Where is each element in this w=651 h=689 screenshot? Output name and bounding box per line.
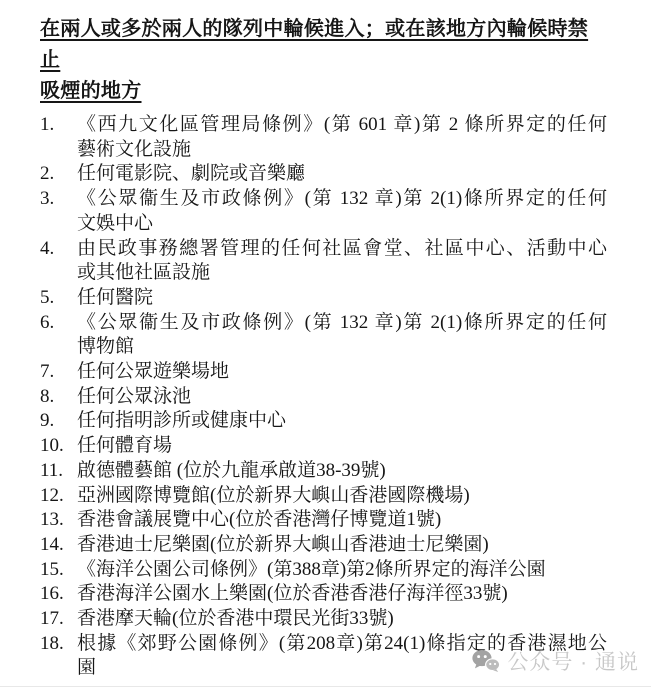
list-item-text: 任何公眾遊樂場地 — [77, 360, 607, 385]
list-item-text: 《海洋公園公司條例》(第388章)第2條所界定的海洋公園 — [77, 558, 607, 583]
place-list: 1.《西九文化區管理局條例》(第 601 章)第 2 條所界定的任何藝術文化設施… — [40, 113, 607, 681]
list-item: 13.香港會議展覽中心(位於香港灣仔博覽道1號) — [40, 508, 607, 533]
document-page: 在兩人或多於兩人的隊列中輪候進入；或在該地方內輪候時禁止 吸煙的地方 1.《西九… — [0, 0, 651, 689]
list-item-line: 香港摩天輪(位於香港中環民光街33號) — [77, 607, 607, 632]
list-item-number: 7. — [40, 360, 54, 385]
list-item: 17.香港摩天輪(位於香港中環民光街33號) — [40, 607, 607, 632]
list-item-number: 17. — [40, 607, 64, 632]
list-item-text: 啟德體藝館 (位於九龍承啟道38-39號) — [77, 459, 607, 484]
list-item: 6.《公眾衞生及市政條例》(第 132 章)第 2(1)條所界定的任何博物館 — [40, 311, 607, 360]
heading-line-2: 吸煙的地方 — [40, 80, 142, 102]
list-item-line: 博物館 — [77, 335, 607, 360]
list-item: 3.《公眾衞生及市政條例》(第 132 章)第 2(1)條所界定的任何文娛中心 — [40, 187, 607, 236]
list-item-line: 或其他社區設施 — [77, 261, 607, 286]
list-item-text: 任何醫院 — [77, 286, 607, 311]
list-item: 5.任何醫院 — [40, 286, 607, 311]
list-item-text: 香港海洋公園水上樂園(位於香港香港仔海洋徑33號) — [77, 582, 607, 607]
list-item-line: 任何電影院、劇院或音樂廳 — [77, 162, 607, 187]
list-item-text: 由民政事務總署管理的任何社區會堂、社區中心、活動中心或其他社區設施 — [77, 237, 607, 286]
list-item: 8.任何公眾泳池 — [40, 385, 607, 410]
list-item: 11.啟德體藝館 (位於九龍承啟道38-39號) — [40, 459, 607, 484]
list-item-number: 10. — [40, 434, 64, 459]
list-item-line: 《公眾衞生及市政條例》(第 132 章)第 2(1)條所界定的任何 — [77, 187, 607, 212]
list-item-line: 文娛中心 — [77, 212, 607, 237]
list-item-text: 任何指明診所或健康中心 — [77, 409, 607, 434]
list-item-line: 香港迪士尼樂園(位於新界大嶼山香港迪士尼樂園) — [77, 533, 607, 558]
list-item: 7.任何公眾遊樂場地 — [40, 360, 607, 385]
list-item-number: 18. — [40, 632, 64, 657]
list-item-line: 由民政事務總署管理的任何社區會堂、社區中心、活動中心 — [77, 237, 607, 262]
page-bottom-edge — [0, 686, 651, 688]
list-item-line: 任何公眾泳池 — [77, 385, 607, 410]
list-item-text: 《公眾衞生及市政條例》(第 132 章)第 2(1)條所界定的任何博物館 — [77, 311, 607, 360]
list-item-number: 1. — [40, 113, 54, 138]
list-item-number: 4. — [40, 237, 54, 262]
heading-line-1: 在兩人或多於兩人的隊列中輪候進入；或在該地方內輪候時禁止 — [40, 18, 588, 71]
list-item-text: 香港迪士尼樂園(位於新界大嶼山香港迪士尼樂園) — [77, 533, 607, 558]
list-item-text: 亞洲國際博覽館(位於新界大嶼山香港國際機場) — [77, 484, 607, 509]
list-item-number: 14. — [40, 533, 64, 558]
list-item-text: 任何公眾泳池 — [77, 385, 607, 410]
list-item: 2.任何電影院、劇院或音樂廳 — [40, 162, 607, 187]
list-item-text: 香港會議展覽中心(位於香港灣仔博覽道1號) — [77, 508, 607, 533]
watermark: 公众号 · 通说 — [472, 646, 639, 676]
list-item: 9.任何指明診所或健康中心 — [40, 409, 607, 434]
page-heading: 在兩人或多於兩人的隊列中輪候進入；或在該地方內輪候時禁止 吸煙的地方 — [40, 14, 600, 107]
list-item-line: 藝術文化設施 — [77, 138, 607, 163]
list-item: 4.由民政事務總署管理的任何社區會堂、社區中心、活動中心或其他社區設施 — [40, 237, 607, 286]
list-item-text: 任何電影院、劇院或音樂廳 — [77, 162, 607, 187]
list-item-number: 2. — [40, 162, 54, 187]
list-item-number: 13. — [40, 508, 64, 533]
list-item-line: 香港會議展覽中心(位於香港灣仔博覽道1號) — [77, 508, 607, 533]
list-item-number: 12. — [40, 484, 64, 509]
list-item-line: 任何體育場 — [77, 434, 607, 459]
list-item-number: 9. — [40, 409, 54, 434]
list-item: 15.《海洋公園公司條例》(第388章)第2條所界定的海洋公園 — [40, 558, 607, 583]
list-item-line: 啟德體藝館 (位於九龍承啟道38-39號) — [77, 459, 607, 484]
list-item-line: 亞洲國際博覽館(位於新界大嶼山香港國際機場) — [77, 484, 607, 509]
list-item-line: 任何醫院 — [77, 286, 607, 311]
list-item: 14.香港迪士尼樂園(位於新界大嶼山香港迪士尼樂園) — [40, 533, 607, 558]
list-item-number: 8. — [40, 385, 54, 410]
list-item-text: 香港摩天輪(位於香港中環民光街33號) — [77, 607, 607, 632]
list-item-line: 《公眾衞生及市政條例》(第 132 章)第 2(1)條所界定的任何 — [77, 311, 607, 336]
list-item-number: 5. — [40, 286, 54, 311]
list-item-text: 《西九文化區管理局條例》(第 601 章)第 2 條所界定的任何藝術文化設施 — [77, 113, 607, 162]
list-item: 16.香港海洋公園水上樂園(位於香港香港仔海洋徑33號) — [40, 582, 607, 607]
list-item-number: 6. — [40, 311, 54, 336]
list-item: 10.任何體育場 — [40, 434, 607, 459]
list-item-number: 11. — [40, 459, 63, 484]
list-item-number: 15. — [40, 558, 64, 583]
wechat-icon — [472, 649, 500, 673]
list-item-line: 香港海洋公園水上樂園(位於香港香港仔海洋徑33號) — [77, 582, 607, 607]
list-item-line: 任何指明診所或健康中心 — [77, 409, 607, 434]
list-item-text: 《公眾衞生及市政條例》(第 132 章)第 2(1)條所界定的任何文娛中心 — [77, 187, 607, 236]
list-item: 1.《西九文化區管理局條例》(第 601 章)第 2 條所界定的任何藝術文化設施 — [40, 113, 607, 162]
list-item-text: 任何體育場 — [77, 434, 607, 459]
list-item-number: 3. — [40, 187, 54, 212]
watermark-text: 公众号 · 通说 — [507, 646, 639, 676]
list-item-line: 《海洋公園公司條例》(第388章)第2條所界定的海洋公園 — [77, 558, 607, 583]
list-item-number: 16. — [40, 582, 64, 607]
list-item-line: 任何公眾遊樂場地 — [77, 360, 607, 385]
list-item: 12.亞洲國際博覽館(位於新界大嶼山香港國際機場) — [40, 484, 607, 509]
list-item-line: 《西九文化區管理局條例》(第 601 章)第 2 條所界定的任何 — [77, 113, 607, 138]
